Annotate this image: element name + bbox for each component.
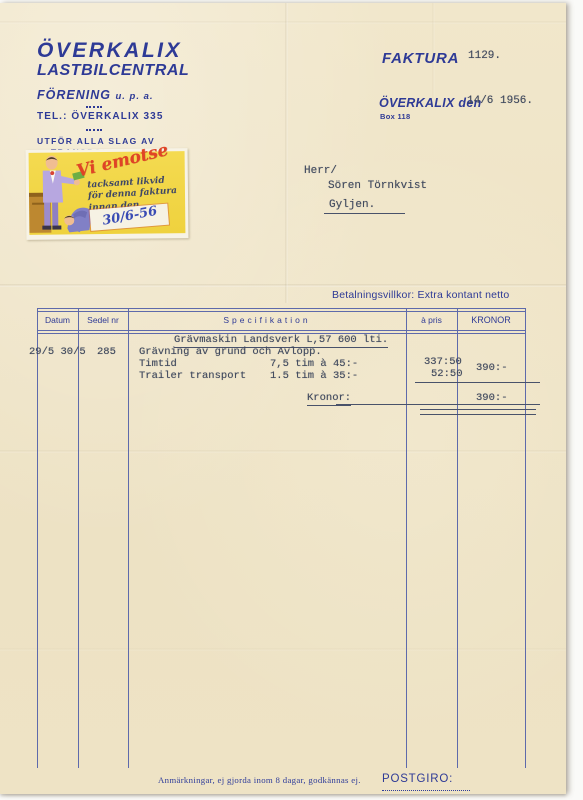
company-phone: TEL.: ÖVERKALIX 335 <box>37 111 163 122</box>
footer-remark: Anmärkningar, ej gjorda inom 8 dagar, go… <box>158 775 361 785</box>
recipient-place: Gyljen. <box>324 199 405 214</box>
column-header-a-pris: à pris <box>406 315 457 325</box>
column-header-sedel-nr: Sedel nr <box>78 315 128 325</box>
table-border <box>37 308 526 309</box>
faktura-label: FAKTURA <box>382 50 459 67</box>
fold-crease <box>285 3 288 303</box>
table-border <box>37 311 526 312</box>
separator-dashes <box>86 106 102 108</box>
column-header-kronor: KRONOR <box>457 315 525 325</box>
invoice-number: 1129. <box>468 50 501 62</box>
line-item-price: 337:50 <box>424 356 462 368</box>
table-border <box>525 308 526 768</box>
table-border <box>37 308 38 768</box>
company-name-line1: ÖVERKALIX <box>37 39 182 63</box>
company-type-suffix: u. p. a. <box>115 91 153 102</box>
table-border <box>37 330 526 331</box>
invoice-paper: ÖVERKALIX LASTBILCENTRAL FÖRENING u. p. … <box>0 3 566 794</box>
entry-sedel-nr: 285 <box>97 346 116 358</box>
total-kronor: 390:- <box>476 392 508 404</box>
fold-crease <box>0 284 566 287</box>
column-header-datum: Datum <box>37 315 78 325</box>
company-tagline-line1: UTFÖR ALLA SLAG AV <box>37 136 155 146</box>
table-border <box>128 308 129 768</box>
payment-reminder-sticker: Vi emotse tacksamt likvid för denna fakt… <box>26 148 189 240</box>
line-item-quantity: 7,5 tim à 45:- <box>270 358 358 370</box>
box-number: Box 118 <box>380 112 410 121</box>
fold-crease <box>0 21 566 24</box>
company-name-line2: LASTBILCENTRAL <box>37 62 189 80</box>
column-header-specifikation: Specifikation <box>128 315 406 325</box>
sum-underline <box>415 382 540 383</box>
typed-date: 14/6 1956. <box>467 95 533 107</box>
company-name-line3: FÖRENING <box>37 88 111 102</box>
line-item-label: Timtid <box>139 358 177 370</box>
line-item-label: Trailer transport <box>139 370 246 382</box>
postgiro-label: POSTGIRO: <box>382 773 453 785</box>
scanned-invoice: ÖVERKALIX LASTBILCENTRAL FÖRENING u. p. … <box>0 0 583 800</box>
total-double-underline <box>420 409 536 415</box>
recipient-name: Sören Törnkvist <box>328 180 427 192</box>
line-item-price: 52:50 <box>431 368 463 380</box>
table-border <box>78 308 79 768</box>
separator-dashes <box>86 129 102 131</box>
postgiro-dotted-line <box>382 790 470 791</box>
lines-sum-kronor: 390:- <box>476 362 508 374</box>
entry-description: Grävning av grund och Avlopp. <box>139 346 322 358</box>
line-item-quantity: 1.5 tim à 35:- <box>270 370 358 382</box>
payment-terms: Betalningsvillkor: Extra kontant netto <box>332 289 509 301</box>
recipient-salutation: Herr/ <box>304 165 337 177</box>
entry-datum: 29/5 30/5 <box>29 346 86 358</box>
sticker-handwritten-date: 30/6-56 <box>101 204 158 229</box>
table-border <box>406 308 407 768</box>
total-underline <box>336 404 540 405</box>
